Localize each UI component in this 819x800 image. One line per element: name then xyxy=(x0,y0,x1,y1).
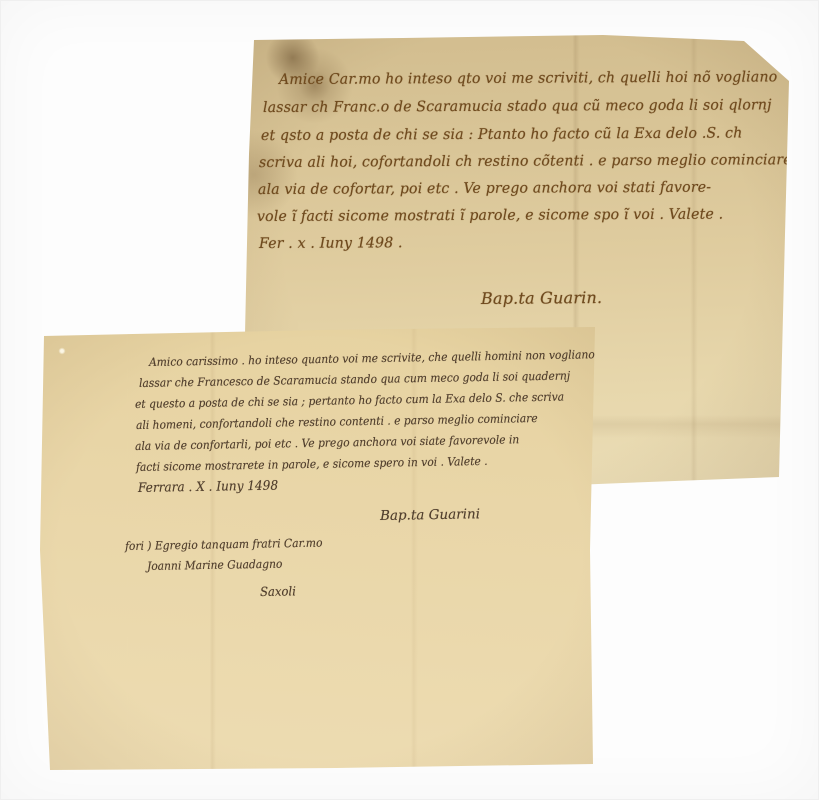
letter-line: lassar che Francesco de Scaramucia stand… xyxy=(139,368,570,390)
letter-line: ala via de confortarli, poi etc . Ve pre… xyxy=(135,432,519,453)
date-line: Fer . x . Iuny 1498 . xyxy=(259,235,403,252)
letter-line: facti sicome mostrarete in parole, e sic… xyxy=(136,454,488,474)
letter-line: lassar ch Franc.o de Scaramucia stado qu… xyxy=(263,97,772,116)
letter-line: ala via de cofortar, poi etc . Ve prego … xyxy=(258,180,711,198)
signature: Bap.ta Guarini xyxy=(380,506,480,524)
letter-line: vole ĩ facti sicome mostrati ĩ parole, e… xyxy=(257,207,723,225)
date-line: Ferrara . X . Iuny 1498 xyxy=(138,479,278,496)
address-line: Joanni Marine Guadagno xyxy=(147,557,283,573)
letter-line: et questo a posta de chi se sia ; pertan… xyxy=(135,390,564,411)
letter-line: Amico carissimo . ho inteso quanto voi m… xyxy=(149,347,595,369)
photo-canvas: Amice Car.mo ho inteso qto voi me scrivi… xyxy=(0,0,819,800)
address-line: fori ) Egregio tanquam fratri Car.mo xyxy=(125,536,323,553)
letter-line: scriva ali hoi, cofortandoli ch restino … xyxy=(259,152,792,171)
address-line: Saxoli xyxy=(260,583,296,599)
letter-line: et qsto a posta de chi se sia : Ptanto h… xyxy=(261,125,743,144)
letter-line: Amice Car.mo ho inteso qto voi me scrivi… xyxy=(279,69,777,88)
transcription-letter: Amico carissimo . ho inteso quanto voi m… xyxy=(36,320,604,775)
letter-line: ali homeni, confortandoli che restino co… xyxy=(136,411,538,432)
signature: Bap.ta Guarin. xyxy=(481,288,602,308)
